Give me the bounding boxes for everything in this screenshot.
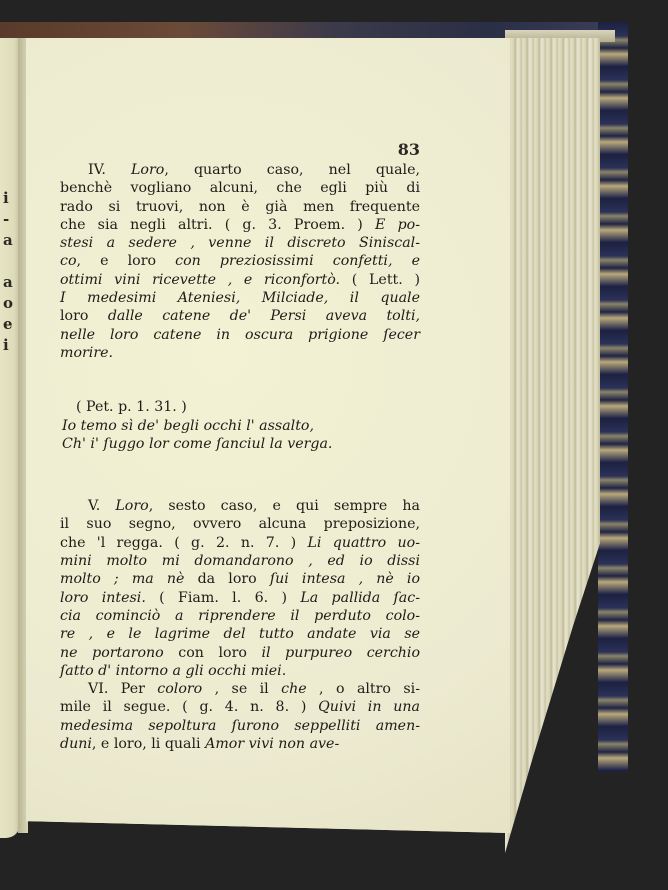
text-line: loro intesi. ( Fiam. l. 6. ) La pallida … [60,589,420,607]
text-line: rado si truovi, non è già men frequente [60,198,420,216]
marbled-cover-edge [598,22,628,772]
text-line: nelle loro catene in oscura prigione ſec… [60,326,420,344]
paragraph-v: V. Loro, sesto caso, e qui sempre hail s… [60,497,420,680]
facing-page-sliver: i - a a o e i [0,38,20,838]
text-line: morire. [60,344,420,362]
text-line: ottimi vini ricevette , e riconfortò. ( … [60,271,420,289]
text-line: IV. Loro, quarto caso, nel quale, [60,161,420,179]
text-line: loro dalle catene de' Persi aveva tolti, [60,307,420,325]
text-line: VI. Per coloro , se il che , o altro si- [60,680,420,698]
text-line: mini molto mi domandarono , ed io dissi [60,552,420,570]
verse-line: Io temo sì de' begli occhi l' assalto, [62,417,420,435]
text-line: ſatto d' intorno a gli occhi miei. [60,662,420,680]
text-line: il suo segno, ovvero alcuna preposizione… [60,515,420,533]
text-line: re , e le lagrime del tutto andate via s… [60,625,420,643]
verse-reference: ( Pet. p. 1. 31. ) [62,398,420,416]
text-line: benchè vogliano alcuni, che egli più di [60,179,420,197]
page-text: IV. Loro, quarto caso, nel quale,benchè … [60,143,420,753]
text-line: molto ; ma nè da loro ſui intesa , nè io [60,570,420,588]
text-line: ne portarono con loro il purpureo cerchi… [60,644,420,662]
page-fore-edge [505,38,600,853]
paragraph-iv: IV. Loro, quarto caso, nel quale,benchè … [60,161,420,362]
verse-line: Ch' i' ſuggo lor come ſanciul la verga. [62,435,420,453]
text-line: V. Loro, sesto caso, e qui sempre ha [60,497,420,515]
text-line: medesima sepoltura ſurono seppelliti ame… [60,717,420,735]
text-line: mile il segue. ( g. 4. n. 8. ) Quivi in … [60,698,420,716]
text-line: stesi a sedere , venne il discreto Sinis… [60,234,420,252]
text-line: duni, e loro, li quali Amor vivi non ave… [60,735,420,753]
facing-page-text: i - a a o e i [3,188,17,356]
text-line: che sia negli altri. ( g. 3. Proem. ) E … [60,216,420,234]
verse-quotation: ( Pet. p. 1. 31. ) Io temo sì de' begli … [60,398,420,453]
paragraph-vi: VI. Per coloro , se il che , o altro si-… [60,680,420,753]
text-line: che 'l regga. ( g. 2. n. 7. ) Li quattro… [60,534,420,552]
text-line: co, e loro con preziosissimi confetti, e [60,252,420,270]
text-line: cia cominciò a riprendere il perduto col… [60,607,420,625]
text-line: I medesimi Ateniesi, Milciade, il quale [60,289,420,307]
